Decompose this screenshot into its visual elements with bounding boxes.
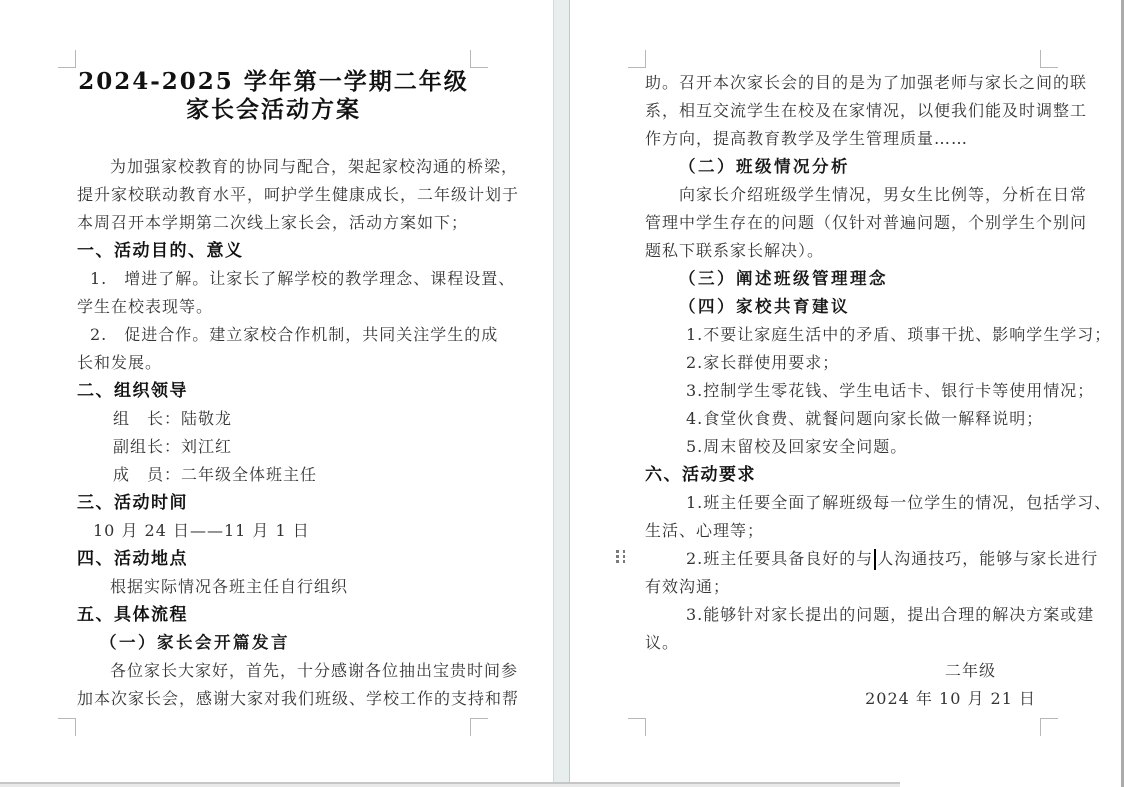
heading-process[interactable]: 五、具体流程 <box>77 601 188 629</box>
doc-line[interactable]: 提升家校联动教育水平，呵护学生健康成长，二年级计划于 <box>77 181 519 209</box>
doc-line[interactable]: 2.家长群使用要求； <box>686 349 839 377</box>
heading-requirements[interactable]: 六、活动要求 <box>645 461 756 489</box>
document-editor-viewport: 2024-2025 学年第一学期二年级 家长会活动方案 为加强家校教育的协同与配… <box>0 0 1125 787</box>
window-right-edge <box>1121 0 1124 787</box>
margin-crop-mark <box>1040 50 1058 68</box>
doc-line[interactable]: 向家长介绍班级学生情况，男女生比例等，分析在日常 <box>679 181 1087 209</box>
drag-handle-icon[interactable] <box>616 550 625 563</box>
doc-line[interactable]: 10 月 24 日——11 月 1 日 <box>93 517 310 545</box>
margin-crop-mark <box>58 718 76 736</box>
doc-line[interactable]: 学生在校表现等。 <box>77 293 213 321</box>
margin-crop-mark <box>470 718 488 736</box>
margin-crop-mark <box>1040 718 1058 736</box>
doc-title-line-2[interactable]: 家长会活动方案 <box>77 96 470 124</box>
doc-line[interactable]: 作方向，提高教育教学及学生管理质量…… <box>645 125 968 153</box>
doc-line[interactable]: 副组长：刘江红 <box>113 433 232 461</box>
doc-line[interactable]: 2. 促进合作。建立家校合作机制，共同关注学生的成 <box>90 321 498 349</box>
page-2[interactable]: 助。召开本次家长会的目的是为了加强老师与家长之间的联 系，相互交流学生在校及在家… <box>570 0 1121 787</box>
doc-line[interactable]: 助。召开本次家长会的目的是为了加强老师与家长之间的联 <box>645 69 1087 97</box>
heading-organization[interactable]: 二、组织领导 <box>77 377 188 405</box>
text-cursor <box>874 549 876 570</box>
doc-line[interactable]: 有效沟通； <box>645 573 730 601</box>
subheading-opening-speech[interactable]: （一）家长会开篇发言 <box>100 629 290 657</box>
bottom-edge-strip <box>0 782 900 787</box>
doc-line[interactable]: 各位家长大家好，首先，十分感谢各位抽出宝贵时间参 <box>110 657 518 685</box>
doc-line[interactable]: 题私下联系家长解决）。 <box>645 237 824 265</box>
subheading-management-philosophy[interactable]: （三）阐述班级管理理念 <box>679 265 888 293</box>
caret-text-after: 人沟通技巧，能够与家长进行 <box>877 549 1098 568</box>
subheading-home-school-suggestions[interactable]: （四）家校共育建议 <box>679 293 850 321</box>
doc-line[interactable]: 3.控制学生零花钱、学生电话卡、银行卡等使用情况； <box>686 377 1094 405</box>
margin-crop-mark <box>470 50 488 68</box>
doc-line[interactable]: 本周召开本学期第二次线上家长会，活动方案如下； <box>77 209 468 237</box>
doc-line[interactable]: 1. 增进了解。让家长了解学校的教学理念、课程设置、 <box>90 265 515 293</box>
page-gap <box>553 0 570 787</box>
heading-time[interactable]: 三、活动时间 <box>77 489 188 517</box>
page-1[interactable]: 2024-2025 学年第一学期二年级 家长会活动方案 为加强家校教育的协同与配… <box>0 0 553 787</box>
doc-line[interactable]: 5.周末留校及回家安全问题。 <box>686 433 907 461</box>
signature-grade[interactable]: 二年级 <box>645 657 1040 685</box>
doc-line[interactable]: 为加强家校教育的协同与配合，架起家校沟通的桥梁， <box>110 153 518 181</box>
doc-line-with-caret[interactable]: 2.班主任要具备良好的与人沟通技巧，能够与家长进行 <box>686 545 1098 573</box>
signature-date[interactable]: 2024 年 10 月 21 日 <box>645 685 1040 713</box>
doc-line[interactable]: 1.班主任要全面了解班级每一位学生的情况，包括学习、 <box>686 489 1111 517</box>
doc-line[interactable]: 4.食堂伙食费、就餐问题向家长做一解释说明； <box>686 405 1043 433</box>
heading-purpose[interactable]: 一、活动目的、意义 <box>77 237 244 265</box>
margin-crop-mark <box>628 718 646 736</box>
doc-line[interactable]: 生活、心理等； <box>645 517 764 545</box>
doc-title-line-1[interactable]: 2024-2025 学年第一学期二年级 <box>77 68 470 96</box>
doc-line[interactable]: 加本次家长会，感谢大家对我们班级、学校工作的支持和帮 <box>77 685 519 713</box>
doc-line[interactable]: 长和发展。 <box>77 349 162 377</box>
doc-line[interactable]: 根据实际情况各班主任自行组织 <box>110 573 348 601</box>
doc-line[interactable]: 3.能够针对家长提出的问题，提出合理的解决方案或建 <box>686 601 1094 629</box>
heading-location[interactable]: 四、活动地点 <box>77 545 188 573</box>
doc-line[interactable]: 成 员：二年级全体班主任 <box>113 461 317 489</box>
doc-line[interactable]: 系，相互交流学生在校及在家情况，以便我们能及时调整工 <box>645 97 1087 125</box>
margin-crop-mark <box>58 50 76 68</box>
doc-line[interactable]: 管理中学生存在的问题（仅针对普遍问题，个别学生个别问 <box>645 209 1087 237</box>
doc-line[interactable]: 议。 <box>645 629 679 657</box>
margin-crop-mark <box>628 50 646 68</box>
caret-text-before: 2.班主任要具备良好的与 <box>686 549 873 568</box>
subheading-class-analysis[interactable]: （二）班级情况分析 <box>679 153 850 181</box>
doc-line[interactable]: 1.不要让家庭生活中的矛盾、琐事干扰、影响学生学习； <box>686 321 1111 349</box>
doc-line[interactable]: 组 长：陆敬龙 <box>113 405 232 433</box>
